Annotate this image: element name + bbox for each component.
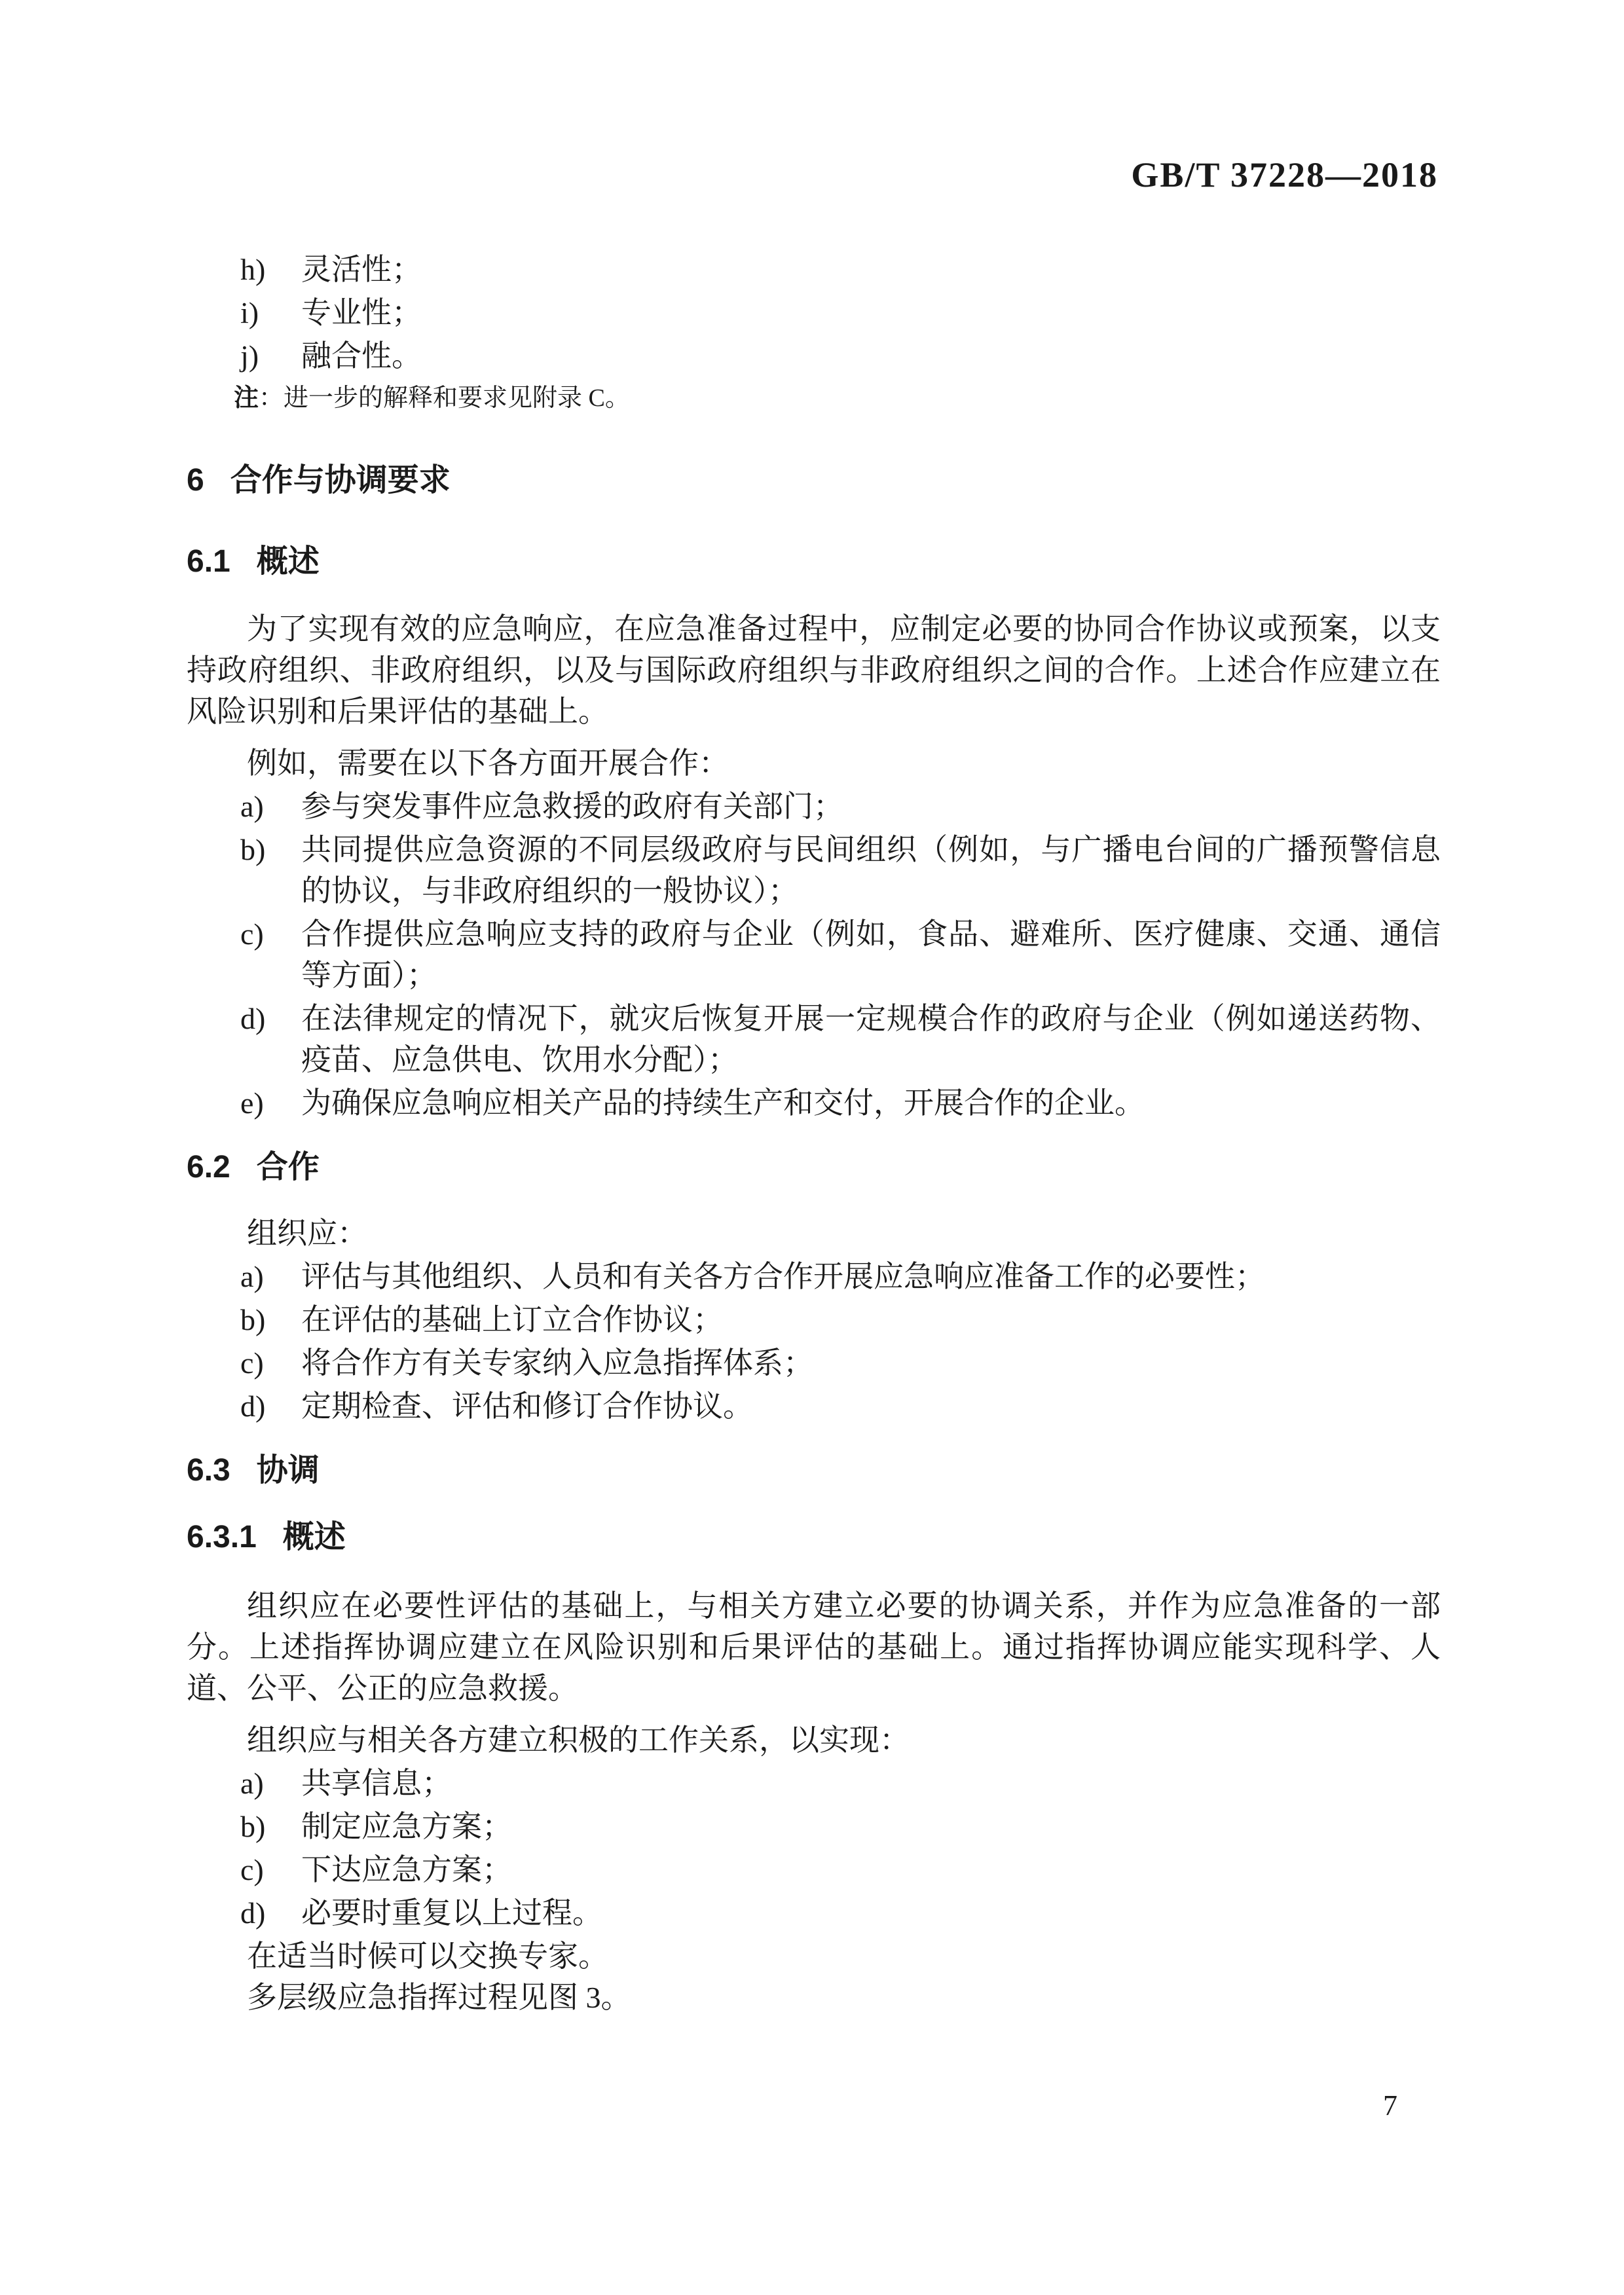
paragraph: 组织应： (187, 1213, 1441, 1254)
list-item-label: a) (240, 1763, 301, 1804)
note-label: 注 (234, 384, 259, 412)
list-item-label: h) (240, 249, 301, 290)
list-item-label: a) (240, 786, 301, 827)
chapter-number: 6 (187, 462, 204, 500)
list-item-label: d) (240, 998, 301, 1080)
paragraph: 多层级应急指挥过程见图 3。 (187, 1977, 1441, 2018)
list-item: b) 在评估的基础上订立合作协议； (187, 1299, 1441, 1340)
list-item-label: a) (240, 1256, 301, 1297)
paragraph: 组织应与相关各方建立积极的工作关系，以实现： (187, 1719, 1441, 1761)
subsection-heading: 6.3.1概述 (187, 1518, 1441, 1556)
list-item: i) 专业性； (187, 292, 1441, 333)
list-item: d) 定期检查、评估和修订合作协议。 (187, 1386, 1441, 1427)
document-page: GB/T 37228—2018 h) 灵活性； i) 专业性； j) 融合性。 … (0, 0, 1624, 2295)
list-item: a) 参与突发事件应急救援的政府有关部门； (187, 786, 1441, 827)
list-item-label: j) (240, 335, 301, 376)
list-item: c) 合作提供应急响应支持的政府与企业（例如，食品、避难所、医疗健康、交通、通信… (187, 913, 1441, 996)
chapter-title: 合作与协调要求 (231, 463, 451, 498)
list-item-label: c) (240, 1849, 301, 1890)
list-item: d) 在法律规定的情况下，就灾后恢复开展一定规模合作的政府与企业（例如递送药物、… (187, 998, 1441, 1080)
list-item-label: d) (240, 1892, 301, 1934)
paragraph: 在适当时候可以交换专家。 (187, 1936, 1441, 1977)
list-item-text: 评估与其他组织、人员和有关各方合作开展应急响应准备工作的必要性； (301, 1256, 1441, 1297)
section-heading: 6.1概述 (187, 543, 1441, 581)
list-item-label: d) (240, 1386, 301, 1427)
note-text: ：进一步的解释和要求见附录 C。 (259, 384, 630, 412)
list-item-label: c) (240, 1342, 301, 1384)
list-item-text: 下达应急方案； (301, 1849, 1441, 1890)
section-number: 6.3 (187, 1452, 231, 1490)
list-item-text: 灵活性； (301, 249, 1441, 290)
list-item-text: 共同提供应急资源的不同层级政府与民间组织（例如，与广播电台间的广播预警信息的协议… (301, 829, 1441, 911)
list-item-text: 制定应急方案； (301, 1806, 1441, 1847)
list-item-text: 定期检查、评估和修订合作协议。 (301, 1386, 1441, 1427)
list-item: b) 共同提供应急资源的不同层级政府与民间组织（例如，与广播电台间的广播预警信息… (187, 829, 1441, 911)
paragraph: 例如，需要在以下各方面开展合作： (187, 743, 1441, 784)
section-title: 协调 (257, 1453, 320, 1488)
list-item: e) 为确保应急响应相关产品的持续生产和交付，开展合作的企业。 (187, 1082, 1441, 1124)
list-item-text: 必要时重复以上过程。 (301, 1892, 1441, 1934)
list-item-text: 合作提供应急响应支持的政府与企业（例如，食品、避难所、医疗健康、交通、通信等方面… (301, 913, 1441, 996)
list-item-label: c) (240, 913, 301, 996)
section-heading: 6.3协调 (187, 1452, 1441, 1490)
section-title: 概述 (257, 544, 320, 579)
list-item-label: b) (240, 829, 301, 911)
list-item-label: i) (240, 292, 301, 333)
page-number: 7 (1383, 2089, 1397, 2122)
list-item: h) 灵活性； (187, 249, 1441, 290)
list-item: c) 下达应急方案； (187, 1849, 1441, 1890)
list-item-text: 共享信息； (301, 1763, 1441, 1804)
subsection-title: 概述 (283, 1520, 346, 1554)
section-number: 6.2 (187, 1148, 231, 1186)
section-title: 合作 (257, 1150, 320, 1184)
paragraph: 为了实现有效的应急响应，在应急准备过程中，应制定必要的协同合作协议或预案，以支持… (187, 608, 1441, 732)
list-item: b) 制定应急方案； (187, 1806, 1441, 1847)
note: 注：进一步的解释和要求见附录 C。 (234, 380, 1441, 416)
page-content: h) 灵活性； i) 专业性； j) 融合性。 注：进一步的解释和要求见附录 C… (187, 236, 1441, 2018)
list-item-text: 专业性； (301, 292, 1441, 333)
list-item-text: 在法律规定的情况下，就灾后恢复开展一定规模合作的政府与企业（例如递送药物、疫苗、… (301, 998, 1441, 1080)
list-item: a) 评估与其他组织、人员和有关各方合作开展应急响应准备工作的必要性； (187, 1256, 1441, 1297)
list-item: d) 必要时重复以上过程。 (187, 1892, 1441, 1934)
subsection-number: 6.3.1 (187, 1518, 257, 1556)
section-number: 6.1 (187, 543, 231, 581)
standard-code: GB/T 37228—2018 (1131, 155, 1438, 195)
paragraph: 组织应在必要性评估的基础上，与相关方建立必要的协调关系，并作为应急准备的一部分。… (187, 1585, 1441, 1709)
list-item-label: e) (240, 1082, 301, 1124)
list-item-text: 将合作方有关专家纳入应急指挥体系； (301, 1342, 1441, 1384)
list-item-text: 为确保应急响应相关产品的持续生产和交付，开展合作的企业。 (301, 1082, 1441, 1124)
list-item: c) 将合作方有关专家纳入应急指挥体系； (187, 1342, 1441, 1384)
list-item-label: b) (240, 1299, 301, 1340)
list-item: j) 融合性。 (187, 335, 1441, 376)
list-item-text: 融合性。 (301, 335, 1441, 376)
list-item-text: 参与突发事件应急救援的政府有关部门； (301, 786, 1441, 827)
list-item-label: b) (240, 1806, 301, 1847)
section-heading: 6.2合作 (187, 1148, 1441, 1186)
list-item-text: 在评估的基础上订立合作协议； (301, 1299, 1441, 1340)
chapter-heading: 6合作与协调要求 (187, 462, 1441, 500)
list-item: a) 共享信息； (187, 1763, 1441, 1804)
